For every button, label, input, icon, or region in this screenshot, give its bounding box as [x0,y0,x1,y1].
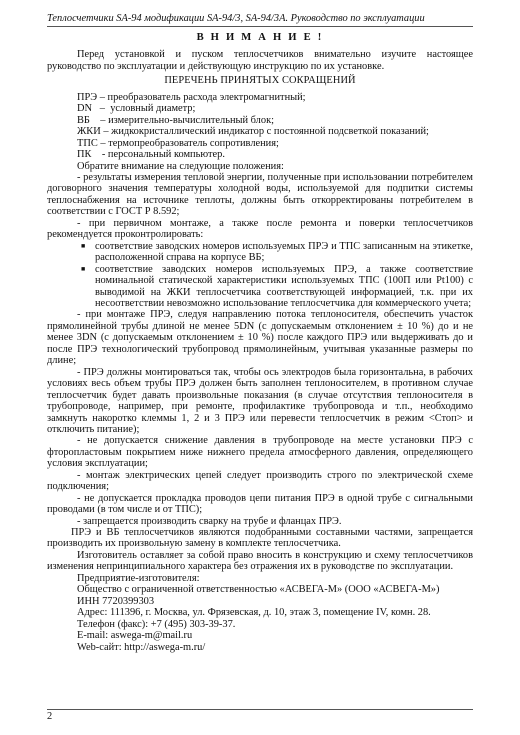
abbreviation-item: ВБ – измерительно-вычислительный блок; [47,115,473,126]
abbreviation-text: термопреобразователь сопротивления; [108,138,279,149]
manufacturer-block: Предприятие-изготовителя: Общество с огр… [47,573,473,653]
parts-paragraph: ПРЭ и ВБ теплосчетчиков являются подобра… [47,527,473,550]
abbreviation-separator: - [91,149,107,160]
notes-lead: Обратите внимание на следующие положения… [47,161,473,172]
abbreviation-key: ПРЭ [77,92,97,103]
manufacturer-inn: ИНН 7720399303 [77,596,473,607]
abbreviation-text: условный диаметр; [110,103,195,114]
square-bullet-icon: ■ [81,241,85,252]
abbreviation-text: измерительно-вычислительный блок; [108,115,274,126]
abbreviation-separator: – [97,92,107,103]
manufacturer-website: Web-сайт: http://aswega-m.ru/ [77,642,473,653]
abbreviation-separator: – [90,115,108,126]
bullet-text: соответствие заводских номеров используе… [95,241,473,263]
note-item: - не допускается снижение давления в тру… [47,435,473,469]
abbreviation-item: ПРЭ – преобразователь расхода электромаг… [47,92,473,103]
abbreviation-key: ВБ [77,115,90,126]
intro-paragraph: Перед установкой и пуском теплосчетчиков… [47,49,473,72]
abbreviation-text: жидкокристаллический индикатор с постоян… [111,126,429,137]
note-item: - монтаж электрических цепей следует про… [47,470,473,493]
bullet-text: соответствие заводских номеров используе… [95,264,473,309]
manufacturer-email: E-mail: aswega-m@mail.ru [77,630,473,641]
page-number: 2 [47,711,52,723]
document-body: В Н И М А Н И Е ! Перед установкой и пус… [47,32,473,653]
manufacturer-phone: Телефон (факс): +7 (495) 303-39-37. [77,619,473,630]
abbreviation-separator: – [101,126,111,137]
note-item: - ПРЭ должны монтироваться так, чтобы ос… [47,367,473,436]
abbreviation-item: DN – условный диаметр; [47,103,473,114]
abbreviation-item: ЖКИ – жидкокристаллический индикатор с п… [47,126,473,137]
note-item: - результаты измерения тепловой энергии,… [47,172,473,218]
abbreviation-key: ТПС [77,138,98,149]
abbreviations-list: ПРЭ – преобразователь расхода электромаг… [47,92,473,161]
abbreviation-key: ЖКИ [77,126,101,137]
abbreviation-text: персональный компьютер. [108,149,225,160]
abbreviations-heading: ПЕРЕЧЕНЬ ПРИНЯТЫХ СОКРАЩЕНИЙ [47,75,473,86]
manufacturer-address: Адрес: 111396, г. Москва, ул. Фрязевская… [77,607,473,618]
note-item: - при первичном монтаже, а также после р… [47,218,473,241]
note-item: - не допускается прокладка проводов цепи… [47,493,473,516]
footer-divider [47,709,473,710]
abbreviation-key: ПК [77,149,91,160]
abbreviation-item: ТПС – термопреобразователь сопротивления… [47,138,473,149]
abbreviation-item: ПК - персональный компьютер. [47,149,473,160]
square-bullet-icon: ■ [81,264,85,275]
rights-paragraph: Изготовитель оставляет за собой право вн… [47,550,473,573]
note-item: - при монтаже ПРЭ, следуя направлению по… [47,309,473,366]
bullet-item: ■ соответствие заводских номеров использ… [95,264,473,310]
manufacturer-label: Предприятие-изготовителя: [77,573,473,584]
note-item: - запрещается производить сварку на труб… [47,516,473,527]
manufacturer-name: Общество с ограниченной ответственностью… [77,584,473,595]
abbreviation-key: DN [77,103,92,114]
abbreviation-text: преобразователь расхода электромагнитный… [108,92,306,103]
abbreviation-separator: – [98,138,108,149]
abbreviation-separator: – [92,103,110,114]
page-title: В Н И М А Н И Е ! [47,32,473,43]
bullet-item: ■ соответствие заводских номеров использ… [95,241,473,264]
running-header: Теплосчетчики SA-94 модификации SA-94/3,… [47,13,473,27]
check-bullet-list: ■ соответствие заводских номеров использ… [47,241,473,310]
